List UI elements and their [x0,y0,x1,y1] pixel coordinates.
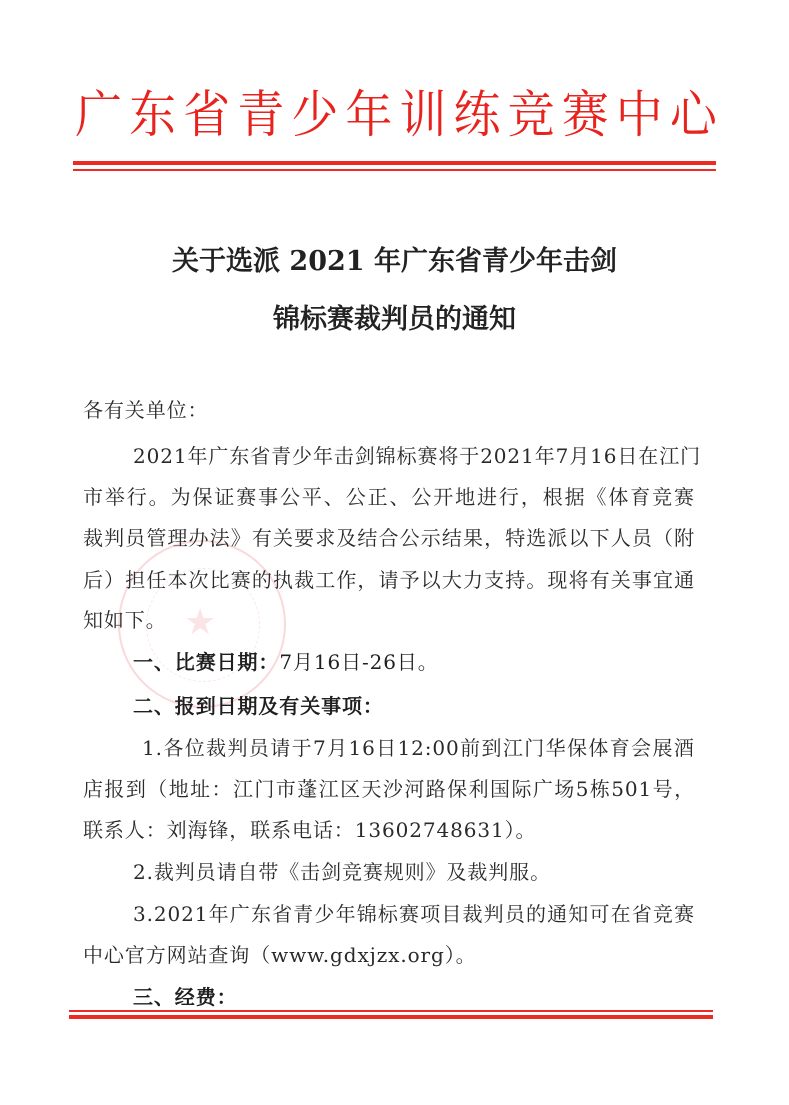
text-glyph: 持 [505,567,526,593]
text-glyph: 江 [503,735,524,761]
text-glyph: 沙 [383,776,404,802]
text-glyph: 将 [569,567,590,593]
text-glyph: 店 [83,776,104,802]
text-glyph: 标 [397,443,418,469]
text-glyph: 行 [127,484,148,510]
text-glyph: 根 [543,484,564,510]
section-3-heading: 三、经费： [133,984,695,1010]
text-glyph: 将 [438,443,459,469]
text-glyph: 广 [533,776,554,802]
text-glyph: 到 [126,776,147,802]
document-title-line-1: 关于选派 2021 年广东省青少年击剑 [0,245,789,279]
text-glyph: 法 [210,525,231,551]
text-glyph: 地 [169,776,190,802]
section-2-heading: 二、报到日期及有关事项： [133,693,695,719]
text-glyph: 请 [270,735,291,761]
text-glyph: 。 [526,567,547,593]
text-glyph: 赛 [674,901,695,927]
text-glyph: 体 [588,735,609,761]
text-glyph: 到 [482,735,503,761]
text-glyph: 派 [547,525,568,551]
text-glyph: 年 [313,443,334,469]
text-glyph: 以 [421,567,442,593]
text-glyph: 1. [142,735,163,761]
text-glyph: ， [484,525,505,551]
text-glyph: 市 [83,484,104,510]
text-glyph: 事 [258,484,279,510]
text-glyph: 在 [611,901,632,927]
text-glyph: 16 [590,443,617,469]
text-glyph: 青 [293,901,314,927]
text-glyph: 事 [632,567,653,593]
text-glyph: 果 [463,525,484,551]
text-glyph: 支 [484,567,505,593]
item-1-line-1: 1.各位裁判员请于7月16日12:00前到江门华保体育会展酒 [142,735,695,761]
text-glyph: 办 [189,525,210,551]
text-glyph: 赛 [399,901,420,927]
item-1-line-2: 店报到（地址：江门市蓬江区天沙河路保利国际广场5栋501号， [83,776,695,802]
text-glyph: 标 [378,901,399,927]
text-glyph: 结 [442,525,463,551]
section-1-competition-dates: 一、比赛日期：7月16日-26日。 [133,649,695,675]
text-glyph: 年 [535,443,556,469]
text-glyph: 判 [104,525,125,551]
letterhead-char: 东 [126,81,179,150]
text-glyph: （ [653,525,674,551]
text-glyph: 省 [272,901,293,927]
text-glyph: 进 [477,484,498,510]
text-glyph: 位 [185,735,206,761]
text-glyph: 通 [547,901,568,927]
text-glyph: 2021 [480,443,535,469]
letterhead-char: 竞 [505,81,558,150]
text-glyph: 际 [511,776,532,802]
footer-rule-thick [69,1015,713,1019]
text-glyph: 员 [505,901,526,927]
text-glyph: 东 [229,443,250,469]
text-glyph: 证 [214,484,235,510]
text-glyph: ， [674,776,695,802]
text-glyph: 河 [404,776,425,802]
text-glyph: 日 [376,735,397,761]
text-glyph: 求 [315,525,336,551]
text-glyph: 下 [590,525,611,551]
text-glyph: 担 [125,567,146,593]
letterhead-char: 少 [288,81,341,150]
text-glyph: 作 [336,567,357,593]
text-glyph: 年 [188,443,209,469]
text-glyph: 。 [149,484,170,510]
text-glyph: 请 [379,567,400,593]
text-glyph: 可 [589,901,610,927]
text-glyph: 本 [167,567,188,593]
text-glyph: 员 [632,525,653,551]
text-glyph: 执 [273,567,294,593]
section-1-heading: 一、比赛日期： [133,650,279,674]
text-glyph: 正 [368,484,389,510]
text-glyph: 公 [411,484,432,510]
text-glyph: 理 [167,525,188,551]
text-glyph: 门 [680,443,701,469]
text-glyph: 员 [125,525,146,551]
text-glyph: 裁 [83,525,104,551]
text-glyph: 竞 [653,901,674,927]
text-glyph: 行 [499,484,520,510]
item-1-line-3: 联系人：刘海锋，联系电话：13602748631）。 [83,817,695,843]
text-glyph: 少 [314,901,335,927]
text-glyph: 酒 [674,735,695,761]
text-glyph: 力 [463,567,484,593]
item-2: 2.裁判员请自带《击剑竞赛规则》及裁判服。 [133,859,695,885]
text-glyph: 天 [361,776,382,802]
text-glyph: 宜 [653,567,674,593]
text-glyph: 赛 [236,484,257,510]
text-glyph: 》 [231,525,252,551]
text-glyph: 的 [252,567,273,593]
letterhead-char: 年 [342,81,395,150]
text-glyph: 次 [189,567,210,593]
text-glyph: 示 [421,525,442,551]
text-glyph: 16 [348,735,375,761]
text-glyph: 7 [313,735,327,761]
text-glyph: 公 [280,484,301,510]
text-glyph: 体 [608,484,629,510]
text-glyph: 少 [292,443,313,469]
text-glyph: 号 [653,776,674,802]
text-glyph: 江 [233,776,254,802]
letterhead-char: 中 [613,81,666,150]
text-glyph: 育 [610,735,631,761]
text-glyph: 关 [273,525,294,551]
section-1-value: 7月16日-26日。 [279,650,438,674]
text-glyph: ， [357,567,378,593]
text-glyph: 各 [163,735,184,761]
text-glyph: ： [212,776,233,802]
text-glyph: 保 [567,735,588,761]
text-glyph: 址 [190,776,211,802]
text-glyph: 东 [251,901,272,927]
text-glyph: 国 [490,776,511,802]
paragraph-1-line-5: 知如下。 [83,607,695,633]
text-glyph: 工 [315,567,336,593]
text-glyph: 赛 [417,443,438,469]
text-glyph: 员 [249,735,270,761]
text-glyph: 裁 [294,567,315,593]
text-glyph: 区 [340,776,361,802]
text-glyph: 省 [250,443,271,469]
text-glyph: 年 [336,901,357,927]
text-glyph: 附 [674,525,695,551]
text-glyph: 在 [638,443,659,469]
org-letterhead: 广 东 省 青 少 年 训 练 竞 赛 中 心 [72,81,720,150]
salutation: 各有关单位： [83,397,695,423]
text-glyph: 日 [617,443,638,469]
text-glyph: 栋 [590,776,611,802]
text-glyph: ， [521,484,542,510]
text-glyph: 举 [105,484,126,510]
text-glyph: 报 [104,776,125,802]
text-glyph: 赛 [674,484,695,510]
paragraph-1-line-2: 市举行。为保证赛事公平、公正、公开地进行，根据《体育竞赛 [83,484,695,510]
text-glyph: 据 [565,484,586,510]
letterhead-char: 省 [180,81,233,150]
text-glyph: 为 [171,484,192,510]
text-glyph: 击 [334,443,355,469]
text-glyph: 月 [569,443,590,469]
text-glyph: 合 [379,525,400,551]
text-glyph: 大 [442,567,463,593]
text-glyph: 青 [271,443,292,469]
text-glyph: 任 [146,567,167,593]
text-glyph: 3.2021 [133,901,208,927]
text-glyph: 于 [292,735,313,761]
paragraph-1-line-3: 裁判员管理办法》有关要求及结合公示结果，特选派以下人员（附 [83,525,695,551]
text-glyph: 广 [230,901,251,927]
letterhead-char: 练 [451,81,504,150]
text-glyph: 有 [252,525,273,551]
item-3-line-2: 中心官方网站查询（www.gdxjzx.org）。 [83,942,695,968]
footer-rule-thin [69,1010,713,1012]
text-glyph: 要 [294,525,315,551]
letterhead-char: 训 [396,81,449,150]
text-glyph: 保 [192,484,213,510]
text-glyph: 判 [227,735,248,761]
text-glyph: 竞 [652,484,673,510]
text-glyph: 月 [327,735,348,761]
text-glyph: 后 [83,567,104,593]
text-glyph: 育 [630,484,651,510]
text-glyph: 通 [674,567,695,593]
text-glyph: 路 [426,776,447,802]
text-glyph: 剑 [355,443,376,469]
text-glyph: 以 [569,525,590,551]
text-glyph: 目 [441,901,462,927]
text-glyph: 项 [420,901,441,927]
text-glyph: （ [147,776,168,802]
text-glyph: 《 [586,484,607,510]
text-glyph: 予 [400,567,421,593]
item-3-line-1: 3.2021年广东省青少年锦标赛项目裁判员的通知可在省竞赛 [133,901,695,927]
text-glyph: 锦 [376,443,397,469]
text-glyph: 场 [554,776,575,802]
text-glyph: 有 [590,567,611,593]
text-glyph: 门 [524,735,545,761]
text-glyph: 特 [505,525,526,551]
text-glyph: 江 [319,776,340,802]
text-glyph: 前 [460,735,481,761]
text-glyph: 利 [469,776,490,802]
text-glyph: 比 [210,567,231,593]
text-glyph: 公 [346,484,367,510]
text-glyph: 2021 [133,443,188,469]
text-glyph: 现 [547,567,568,593]
text-glyph: 年 [209,901,230,927]
document-title-line-2: 锦标赛裁判员的通知 [0,303,789,337]
text-glyph: 501 [611,776,652,802]
paragraph-1-line-4: 后）担任本次比赛的执裁工作，请予以大力支持。现将有关事宜通 [83,567,695,593]
text-glyph: 关 [611,567,632,593]
text-glyph: 蓬 [297,776,318,802]
header-rule-thick [73,161,716,165]
text-glyph: 判 [484,901,505,927]
text-glyph: 、 [389,484,410,510]
document-page: 广 东 省 青 少 年 训 练 竞 赛 中 心 关于选派 2021 年广东省青少… [0,0,789,1105]
text-glyph: 会 [631,735,652,761]
text-glyph: 地 [455,484,476,510]
text-glyph: 广 [208,443,229,469]
text-glyph: 保 [447,776,468,802]
text-glyph: ） [104,567,125,593]
text-glyph: 12:00 [398,735,460,761]
text-glyph: 赛 [231,567,252,593]
letterhead-char: 心 [667,81,720,150]
text-glyph: 江 [659,443,680,469]
text-glyph: 及 [336,525,357,551]
text-glyph: 裁 [463,901,484,927]
letterhead-char: 青 [234,81,287,150]
text-glyph: 裁 [206,735,227,761]
letterhead-char: 赛 [559,81,612,150]
text-glyph: 的 [526,901,547,927]
text-glyph: 展 [653,735,674,761]
text-glyph: 公 [400,525,421,551]
letterhead-char: 广 [72,81,125,150]
text-glyph: 开 [433,484,454,510]
text-glyph: 于 [459,443,480,469]
text-glyph: 门 [254,776,275,802]
text-glyph: 市 [276,776,297,802]
paragraph-1-line-1: 2021年广东省青少年击剑锦标赛将于2021年7月16日在江门 [133,443,695,469]
text-glyph: 选 [526,525,547,551]
text-glyph: 华 [546,735,567,761]
text-glyph: 、 [324,484,345,510]
text-glyph: 省 [632,901,653,927]
text-glyph: 人 [611,525,632,551]
header-rule-thin [73,169,716,171]
text-glyph: 平 [302,484,323,510]
text-glyph: 5 [576,776,590,802]
text-glyph: 7 [556,443,570,469]
text-glyph: 结 [357,525,378,551]
text-glyph: 锦 [357,901,378,927]
text-glyph: 知 [568,901,589,927]
text-glyph: 管 [146,525,167,551]
